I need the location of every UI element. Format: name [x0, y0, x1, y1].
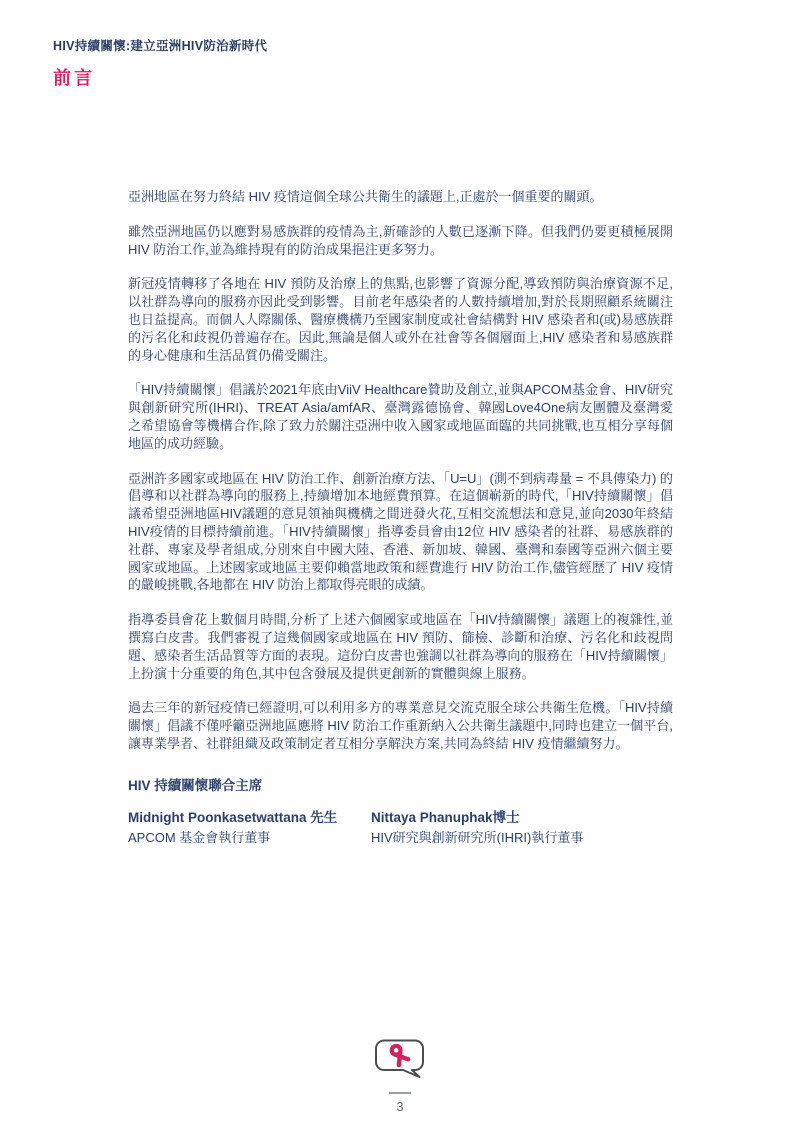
page-number: 3 [397, 1100, 404, 1114]
paragraph: 雖然亞洲地區仍以應對易感族群的疫情為主,新確診的人數已逐漸下降。但我們仍要更積極… [128, 223, 673, 259]
cochair-name: Nittaya Phanuphak博士 [371, 809, 673, 827]
document-page: HIV持續關懷:建立亞洲HIV防治新時代 前言 亞洲地區在努力終結 HIV 疫情… [0, 0, 800, 1131]
paragraph: 過去三年的新冠疫情已經證明,可以利用多方的專業意見交流克服全球公共衛生危機。「H… [128, 699, 673, 752]
body-content: 亞洲地區在努力終結 HIV 疫情這個全球公共衛生的議題上,正處於一個重要的關頭。… [128, 188, 673, 847]
document-title: HIV持續關懷:建立亞洲HIV防治新時代 [53, 36, 267, 54]
paragraph: 新冠疫情轉移了各地在 HIV 預防及治療上的焦點,也影響了資源分配,導致預防與治… [128, 275, 673, 364]
cochair-left: Midnight Poonkasetwattana 先生 APCOM 基金會執行… [128, 809, 371, 847]
cochair-right: Nittaya Phanuphak博士 HIV研究與創新研究所(IHRI)執行董… [371, 809, 673, 847]
footer-divider [389, 1092, 411, 1094]
page-header: HIV持續關懷:建立亞洲HIV防治新時代 前言 [53, 36, 267, 90]
ribbon-speech-bubble-icon [374, 1038, 426, 1082]
paragraph: 指導委員會花上數個月時間,分析了上述六個國家或地區在「HIV持續關懷」議題上的複… [128, 611, 673, 682]
cochairs-row: Midnight Poonkasetwattana 先生 APCOM 基金會執行… [128, 809, 673, 847]
paragraph: 亞洲地區在努力終結 HIV 疫情這個全球公共衛生的議題上,正處於一個重要的關頭。 [128, 188, 673, 206]
cochair-title: HIV研究與創新研究所(IHRI)執行董事 [371, 829, 673, 847]
cochair-name: Midnight Poonkasetwattana 先生 [128, 809, 371, 827]
cochairs-heading: HIV 持續關懷聯合主席 [128, 774, 673, 794]
cochair-title: APCOM 基金會執行董事 [128, 829, 371, 847]
section-title: 前言 [53, 64, 267, 90]
page-footer: 3 [0, 1038, 800, 1114]
paragraph: 「HIV持續關懷」倡議於2021年底由ViiV Healthcare贊助及創立,… [128, 381, 673, 452]
paragraph: 亞洲許多國家或地區在 HIV 防治工作、創新治療方法、「U=U」(測不到病毒量 … [128, 470, 673, 595]
